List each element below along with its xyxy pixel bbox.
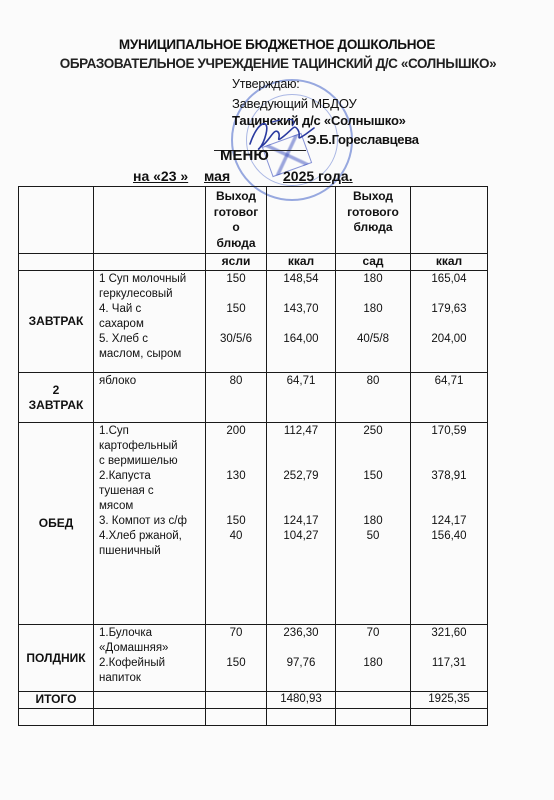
value: 252,79 [267,469,335,484]
dish-name: 2.Капуста [99,469,205,484]
dish-name-cont: пшеничный [99,544,205,559]
spacer [267,499,335,514]
yasli-values: 150 150 30/5/6 [206,271,267,373]
menu-table: Выходготовогоблюда Выходготовогоблюда яс… [18,186,488,726]
spacer [267,347,335,362]
spacer [206,287,266,302]
value: 321,60 [411,626,487,641]
value: 80 [336,374,410,389]
kcal-yasli-values: 148,54 143,70 164,00 [267,271,336,373]
dish-name: 1.Булочка [99,626,205,641]
header-cell-yield-yasli: Выходготовогоблюда [206,187,267,254]
spacer [267,671,335,686]
value: 150 [206,302,266,317]
yasli-values: 80 [206,373,267,423]
value: 117,31 [411,656,487,671]
value: 112,47 [267,424,335,439]
empty-cell [19,709,94,726]
value: 165,04 [411,272,487,287]
spacer [336,454,410,469]
spacer [206,439,266,454]
value: 143,70 [267,302,335,317]
value: 180 [336,302,410,317]
dish-name-cont: «Домашняя» [99,641,205,656]
spacer [411,499,487,514]
value: 150 [206,514,266,529]
sad-values: 250 150 18050 [336,423,411,625]
header-cell-kcal-sad [411,187,488,254]
dish-name: 4. Чай с [99,302,205,317]
total-label: ИТОГО [19,692,94,709]
date-year: 2025 года. [283,168,353,184]
empty-cell [94,709,206,726]
spacer [336,317,410,332]
table-header-row: Выходготовогоблюда Выходготовогоблюда [19,187,488,254]
sad-values: 70 180 [336,625,411,692]
dish-name-cont: картофельный [99,439,205,454]
dish-name: 1.Суп [99,424,205,439]
value: 70 [206,626,266,641]
spacer [267,544,335,559]
value: 180 [336,656,410,671]
value: 50 [336,529,410,544]
table-subheader-row: ясли ккал сад ккал [19,254,488,271]
dish-name-cont: маслом, сыром [99,347,205,362]
header-text-line: готовог [206,205,266,221]
spacer [206,544,266,559]
subheader-sad: сад [336,254,411,271]
empty-cell [94,692,206,709]
spacer [336,287,410,302]
dish-name-cont: сахаром [99,317,205,332]
spacer [336,641,410,656]
dish-name: 4.Хлеб ржаной, [99,529,205,544]
spacer [336,499,410,514]
value: 236,30 [267,626,335,641]
spacer [411,347,487,362]
date-day: на «23 » [133,168,188,184]
meal-name-line: ПОЛДНИК [19,651,93,666]
spacer [411,454,487,469]
header-cell-meal [19,187,94,254]
spacer [206,671,266,686]
value: 30/5/6 [206,332,266,347]
header-text-line: готового [336,205,410,221]
dish-name-cont: напиток [99,671,205,686]
spacer [411,317,487,332]
approval-position: Заведующий МБДОУ [232,96,357,111]
meal-name: ЗАВТРАК [19,271,94,373]
spacer [206,454,266,469]
header-cell-dish [94,187,206,254]
kcal-sad-values: 165,04 179,63 204,00 [411,271,488,373]
spacer [206,499,266,514]
value: 40 [206,529,266,544]
dish-list: 1 Суп молочныйгеркулесовый4. Чай ссахаро… [94,271,206,373]
spacer [267,317,335,332]
spacer [336,484,410,499]
spacer [206,317,266,332]
subheader-kcal: ккал [411,254,488,271]
table-row: ОБЕД1.Суп картофельный с вермишелью2.Кап… [19,423,488,625]
dish-name: 1 Суп молочный [99,272,205,287]
yasli-values: 70 150 [206,625,267,692]
value: 180 [336,514,410,529]
kcal-yasli-values: 64,71 [267,373,336,423]
subheader-cell [94,254,206,271]
empty-cell [206,709,267,726]
spacer [411,544,487,559]
spacer [336,439,410,454]
spacer [206,484,266,499]
total-kcal-yasli: 1480,93 [267,692,336,709]
subheader-cell [19,254,94,271]
value: 164,00 [267,332,335,347]
spacer [411,641,487,656]
total-row: ИТОГО1480,931925,35 [19,692,488,709]
value: 64,71 [411,374,487,389]
value: 150 [206,272,266,287]
dish-name-cont: с вермишелью [99,454,205,469]
org-name-line1: МУНИЦИПАЛЬНОЕ БЮДЖЕТНОЕ ДОШКОЛЬНОЕ [0,37,554,52]
spacer [267,287,335,302]
approval-institution: Тацинский д/с «Солнышко» [232,113,406,128]
signatory-name: Э.Б.Гореславцева [307,132,419,147]
empty-cell [336,692,411,709]
spacer [267,641,335,656]
empty-cell [411,709,488,726]
spacer [267,454,335,469]
spacer [336,347,410,362]
value: 124,17 [411,514,487,529]
header-text-line: Выход [206,189,266,205]
total-kcal-sad: 1925,35 [411,692,488,709]
meal-name-line: 2 [19,383,93,398]
spacer [267,439,335,454]
value: 179,63 [411,302,487,317]
dish-name-cont: геркулесовый [99,287,205,302]
dish-name-cont: мясом [99,499,205,514]
dish-list: яблоко [94,373,206,423]
spacer [411,439,487,454]
meal-name-line: ЗАВТРАК [19,398,93,413]
value: 80 [206,374,266,389]
dish-list: 1.Булочка«Домашняя»2.Кофейныйнапиток [94,625,206,692]
org-name-line2: ОБРАЗОВАТЕЛЬНОЕ УЧРЕЖДЕНИЕ ТАЦИНСКИЙ Д/С… [18,56,538,71]
kcal-sad-values: 64,71 [411,373,488,423]
table-row: ПОЛДНИК1.Булочка«Домашняя»2.Кофейныйнапи… [19,625,488,692]
meal-name-line: ЗАВТРАК [19,314,93,329]
value: 97,76 [267,656,335,671]
subheader-yasli: ясли [206,254,267,271]
table-row: 2ЗАВТРАКяблоко8064,718064,71 [19,373,488,423]
spacer [411,484,487,499]
value: 40/5/8 [336,332,410,347]
dish-name: яблоко [99,374,205,389]
header-text-line: Выход [336,189,410,205]
header-text-line: блюда [206,236,266,252]
value: 148,54 [267,272,335,287]
value: 124,17 [267,514,335,529]
spacer [206,641,266,656]
header-cell-kcal-yasli [267,187,336,254]
header-text-line: о [206,220,266,236]
approval-label: Утверждаю: [232,77,300,91]
meal-name: ОБЕД [19,423,94,625]
value: 150 [336,469,410,484]
value: 180 [336,272,410,287]
table-row: ЗАВТРАК1 Суп молочныйгеркулесовый4. Чай … [19,271,488,373]
value: 156,40 [411,529,487,544]
date-month: мая [204,168,230,184]
spacer [411,671,487,686]
spacer [267,484,335,499]
kcal-sad-values: 321,60 117,31 [411,625,488,692]
value: 104,27 [267,529,335,544]
header-text-line: блюда [336,220,410,236]
spacer [206,347,266,362]
value: 130 [206,469,266,484]
spacer [336,544,410,559]
value: 170,59 [411,424,487,439]
empty-cell [267,709,336,726]
empty-cell [336,709,411,726]
subheader-kcal: ккал [267,254,336,271]
header-cell-yield-sad: Выходготовогоблюда [336,187,411,254]
dish-name: 5. Хлеб с [99,332,205,347]
value: 200 [206,424,266,439]
value: 64,71 [267,374,335,389]
meal-name: 2ЗАВТРАК [19,373,94,423]
meal-name-line: ОБЕД [19,516,93,531]
meal-name: ПОЛДНИК [19,625,94,692]
dish-name: 2.Кофейный [99,656,205,671]
value: 150 [206,656,266,671]
kcal-sad-values: 170,59 378,91 124,17156,40 [411,423,488,625]
empty-cell [206,692,267,709]
value: 378,91 [411,469,487,484]
spacer [411,287,487,302]
yasli-values: 200 130 15040 [206,423,267,625]
value: 70 [336,626,410,641]
sad-values: 80 [336,373,411,423]
kcal-yasli-values: 112,47 252,79 124,17104,27 [267,423,336,625]
sad-values: 180 180 40/5/8 [336,271,411,373]
spacer [336,671,410,686]
kcal-yasli-values: 236,30 97,76 [267,625,336,692]
value: 204,00 [411,332,487,347]
dish-name: 3. Компот из с/ф [99,514,205,529]
value: 250 [336,424,410,439]
dish-list: 1.Суп картофельный с вермишелью2.Капуста… [94,423,206,625]
dish-name-cont: тушеная с [99,484,205,499]
empty-row [19,709,488,726]
document-title: МЕНЮ [220,147,269,164]
